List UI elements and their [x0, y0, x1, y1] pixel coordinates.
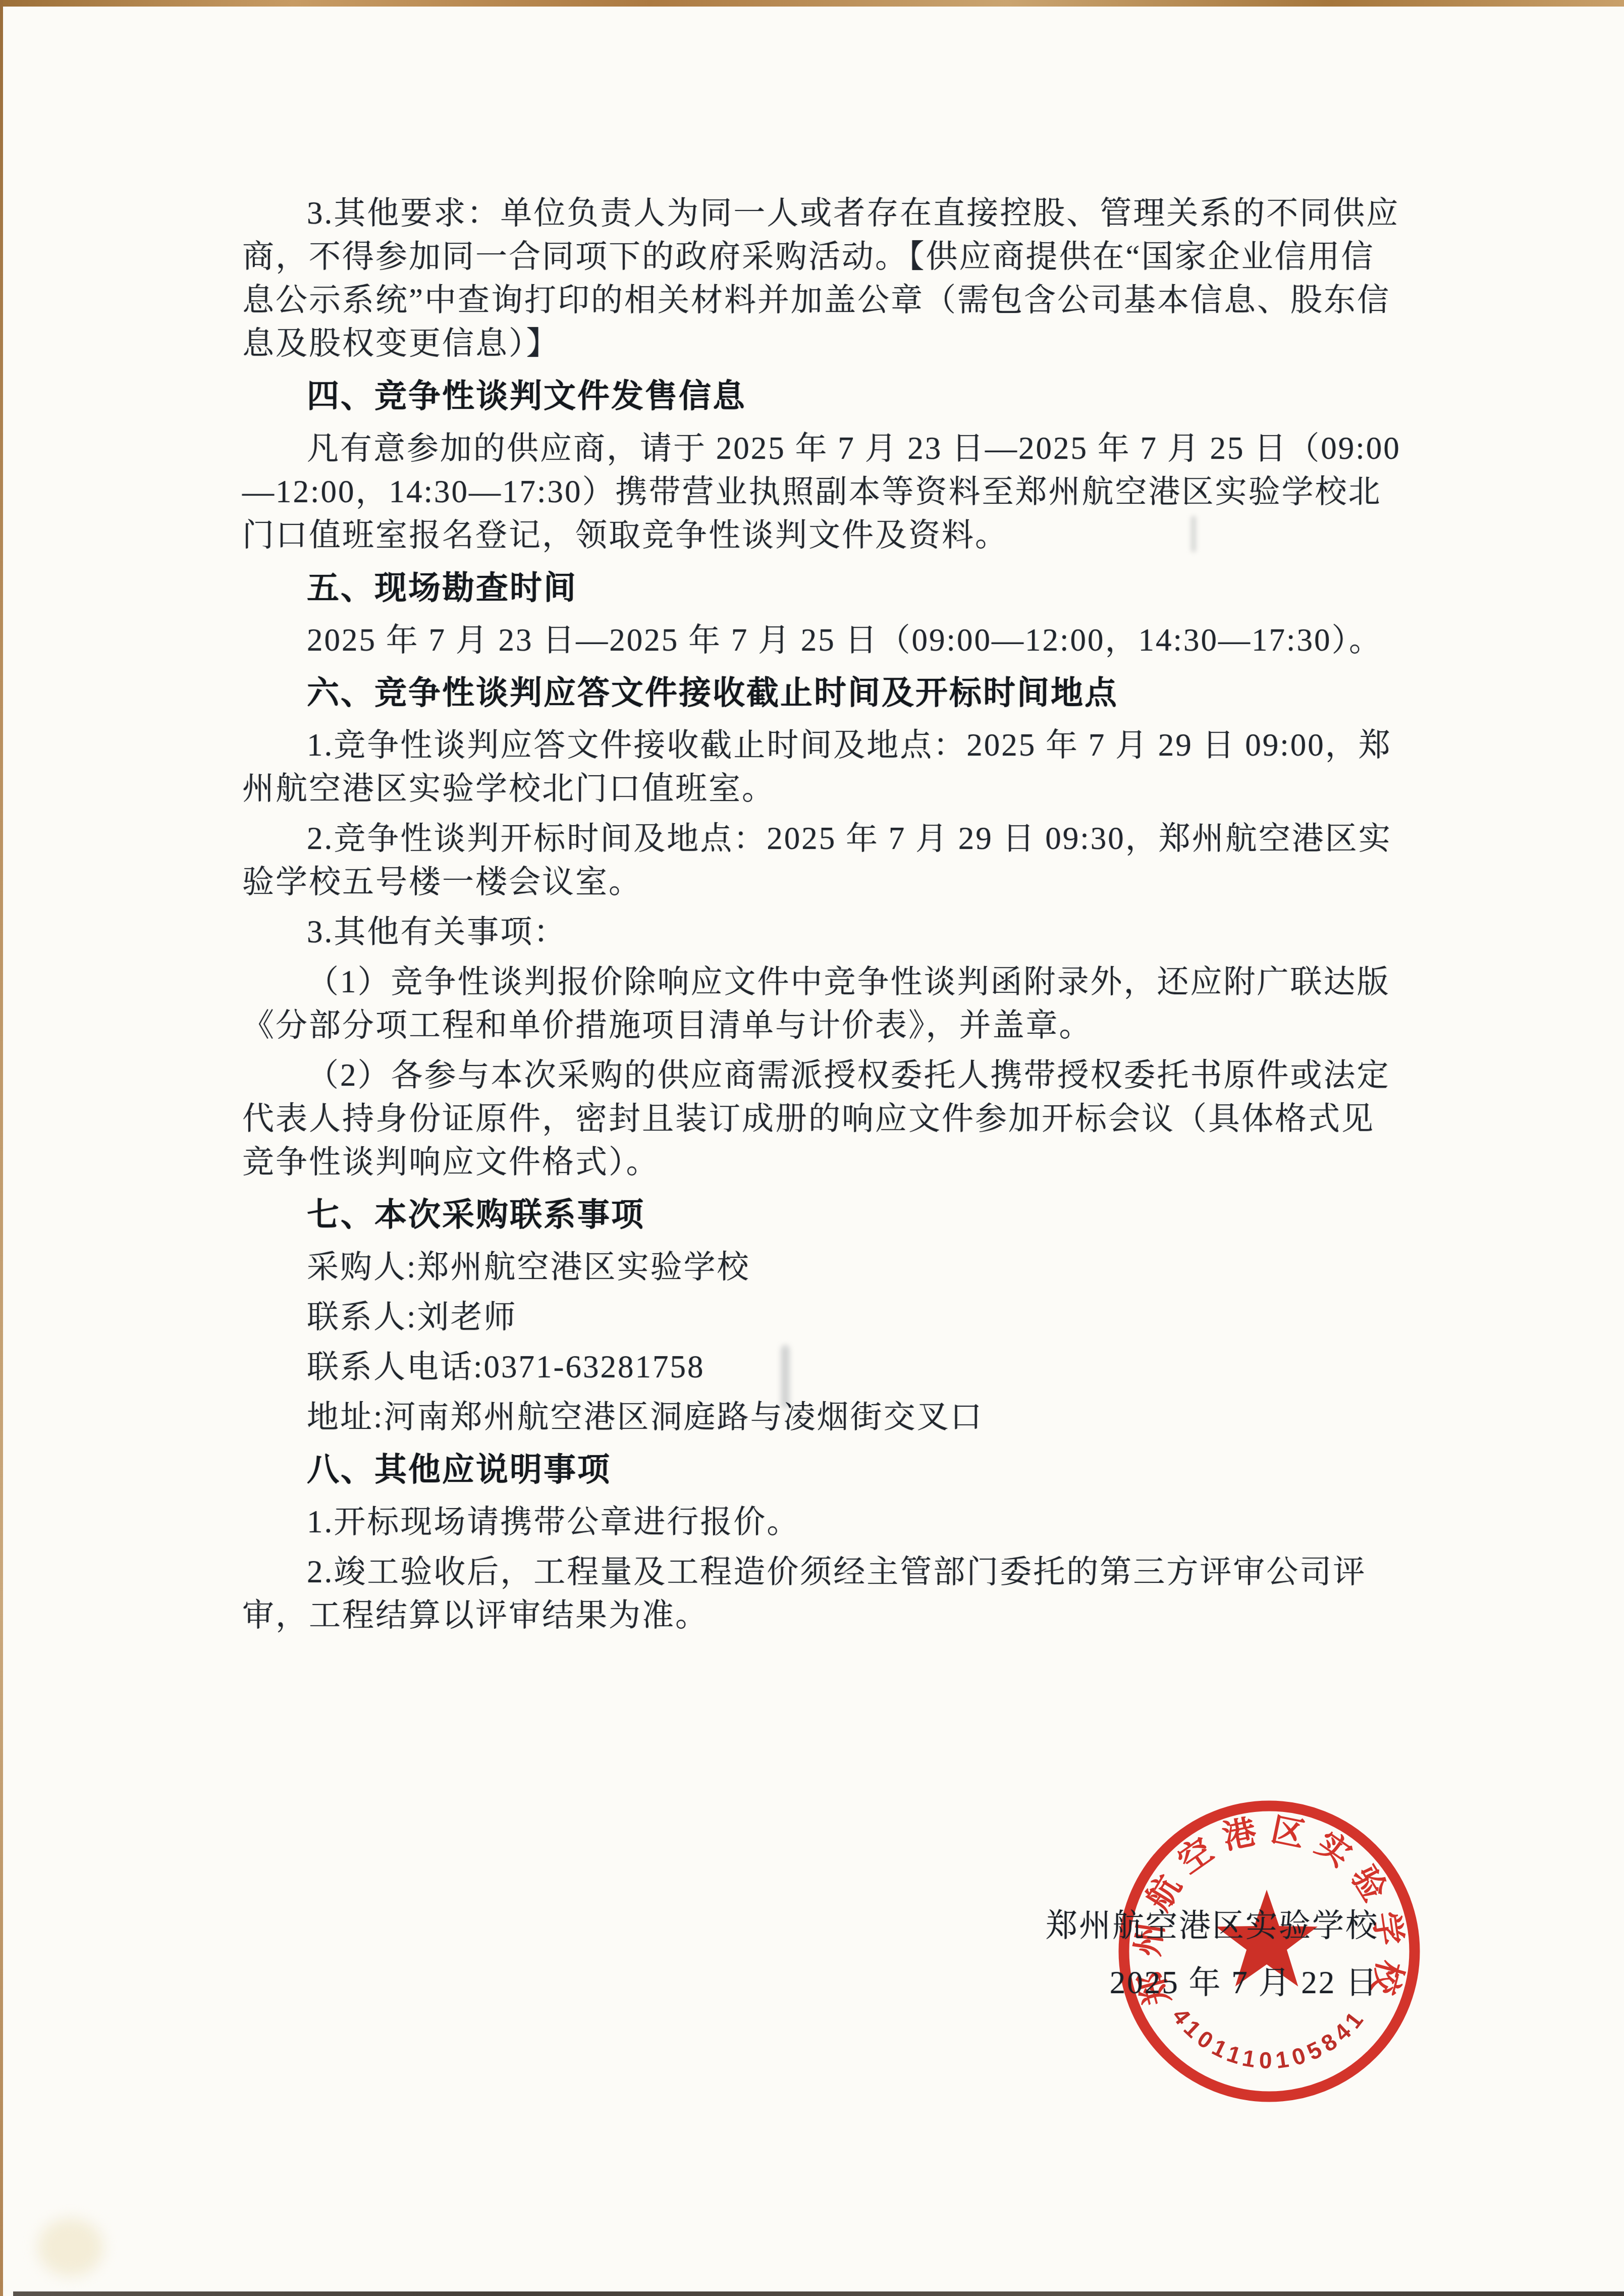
scan-smudge: [38, 2218, 103, 2276]
para-other-requirements: 3.其他要求：单位负责人为同一人或者存在直接控股、管理关系的不同供应商，不得参加…: [242, 191, 1403, 365]
para-response-deadline: 1.竞争性谈判应答文件接收截止时间及地点：2025 年 7 月 29 日 09:…: [242, 723, 1403, 810]
signature-block: 郑州航空港区实验学校 2025 年 7 月 22 日: [1046, 1904, 1379, 2004]
signoff-org: 郑州航空港区实验学校: [1046, 1904, 1379, 1947]
scanned-document-page: 3.其他要求：单位负责人为同一人或者存在直接控股、管理关系的不同供应商，不得参加…: [0, 0, 1624, 2296]
para-bring-seal-note: 1.开标现场请携带公章进行报价。: [242, 1500, 1403, 1543]
signoff-date: 2025 年 7 月 22 日: [1046, 1961, 1379, 2004]
scan-edge-left: [0, 0, 3, 2296]
contact-phone-line: 联系人电话:0371-63281758: [242, 1345, 1403, 1389]
stamp-code: 4101110105841: [1167, 2003, 1371, 2073]
document-body: 3.其他要求：单位负责人为同一人或者存在直接控股、管理关系的不同供应商，不得参加…: [242, 185, 1403, 1643]
scan-edge-top: [0, 0, 1624, 7]
para-other-matters-item-1: （1）竞争性谈判报价除响应文件中竞争性谈判函附录外，还应附广联达版《分部分项工程…: [242, 960, 1403, 1047]
heading-section-seven: 七、本次采购联系事项: [242, 1193, 1403, 1236]
svg-text:4101110105841: 4101110105841: [1167, 2003, 1371, 2073]
para-other-matters-item-2: （2）各参与本次采购的供应商需派授权委托人携带授权委托书原件或法定代表人持身份证…: [242, 1053, 1403, 1184]
para-site-survey-time: 2025 年 7 月 23 日—2025 年 7 月 25 日（09:00—12…: [242, 618, 1403, 662]
para-other-matters-label: 3.其他有关事项：: [242, 910, 1403, 953]
para-final-review-note: 2.竣工验收后，工程量及工程造价须经主管部门委托的第三方评审公司评审，工程结算以…: [242, 1550, 1403, 1637]
para-document-sale-info: 凡有意参加的供应商，请于 2025 年 7 月 23 日—2025 年 7 月 …: [242, 426, 1403, 557]
address-line: 地址:河南郑州航空港区洞庭路与凌烟街交叉口: [242, 1395, 1403, 1438]
heading-section-eight: 八、其他应说明事项: [242, 1448, 1403, 1491]
para-bid-opening: 2.竞争性谈判开标时间及地点：2025 年 7 月 29 日 09:30，郑州航…: [242, 817, 1403, 903]
scan-edge-bottom: [13, 2291, 1624, 2296]
heading-section-six: 六、竞争性谈判应答文件接收截止时间及开标时间地点: [242, 671, 1403, 714]
contact-person-line: 联系人:刘老师: [242, 1295, 1403, 1339]
heading-section-four: 四、竞争性谈判文件发售信息: [242, 374, 1403, 417]
heading-section-five: 五、现场勘查时间: [242, 566, 1403, 609]
purchaser-line: 采购人:郑州航空港区实验学校: [242, 1245, 1403, 1289]
